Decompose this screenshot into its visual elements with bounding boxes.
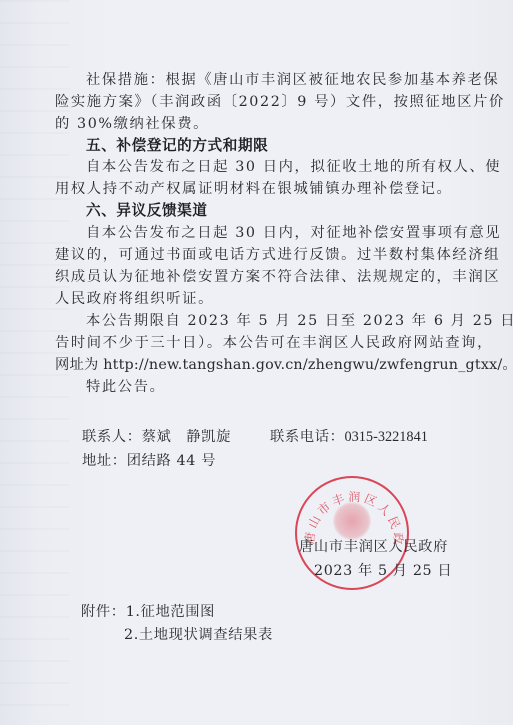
paragraph-line: 自本公告发布之日起 30 日内，对征地补偿安置事项有意见 [86,222,476,244]
contact-address: 地址：团结路 44 号 [82,450,216,472]
contact-phone-number: 0315-3221841 [344,429,427,445]
contact-person-label: 联系人： [82,429,142,445]
contact-address-value: 团结路 44 号 [127,453,216,469]
section-heading: 六、异议反馈渠道 [86,200,506,222]
paragraph-line: 告时间不少于三十日）。本公告可在丰润区人民政府网站查询， [55,332,475,354]
issuer-name: 唐山市丰润区人民政府 [299,536,448,558]
paragraph-line: 自本公告发布之日起 30 日内，拟征收土地的所有权人、使 [86,156,476,178]
contact-person-names: 蔡斌 静凯旋 [142,429,231,445]
website-url-line[interactable]: 网址为 http://new.tangshan.gov.cn/zhengwu/z… [55,354,475,376]
attachments: 附件：1.征地范围图 [81,601,215,623]
contact-person: 联系人：蔡斌 静凯旋 [82,426,231,448]
contact-address-label: 地址： [82,453,127,469]
issue-date: 2023 年 5 月 25 日 [314,560,452,582]
attachment-item[interactable]: 1.征地范围图 [126,604,215,620]
paragraph-line: 的 30%缴纳社保费。 [55,113,475,135]
paragraph-line: 用权人持不动产权属证明材料在银城铺镇办理补偿登记。 [55,178,475,200]
paragraph-line: 人民政府将组织听证。 [55,288,475,310]
document-page: 社保措施：根据《唐山市丰润区被征地农民参加基本养老保 险实施方案》（丰润政函〔2… [0,0,513,725]
contact-phone: 联系电话：0315-3221841 [270,426,428,448]
paragraph-line: 社保措施：根据《唐山市丰润区被征地农民参加基本养老保 [86,69,476,91]
paragraph-line: 险实施方案》（丰润政函〔2022〕9 号）文件，按照征地区片价 [55,91,475,113]
attachment-item[interactable]: 2.土地现状调查结果表 [124,624,273,646]
closing-line: 特此公告。 [86,376,476,398]
paragraph-line: 织成员认为征地补偿安置方案不符合法律、法规规定的，丰润区 [55,266,475,288]
paragraph-line: 建议的，可通过书面或电话方式进行反馈。过半数村集体经济组 [55,244,475,266]
paragraph-line: 本公告期限自 2023 年 5 月 25 日至 2023 年 6 月 25 日。… [86,310,476,332]
contact-phone-label: 联系电话： [270,429,344,445]
section-heading: 五、补偿登记的方式和期限 [86,135,506,157]
attachments-label: 附件： [81,604,126,620]
